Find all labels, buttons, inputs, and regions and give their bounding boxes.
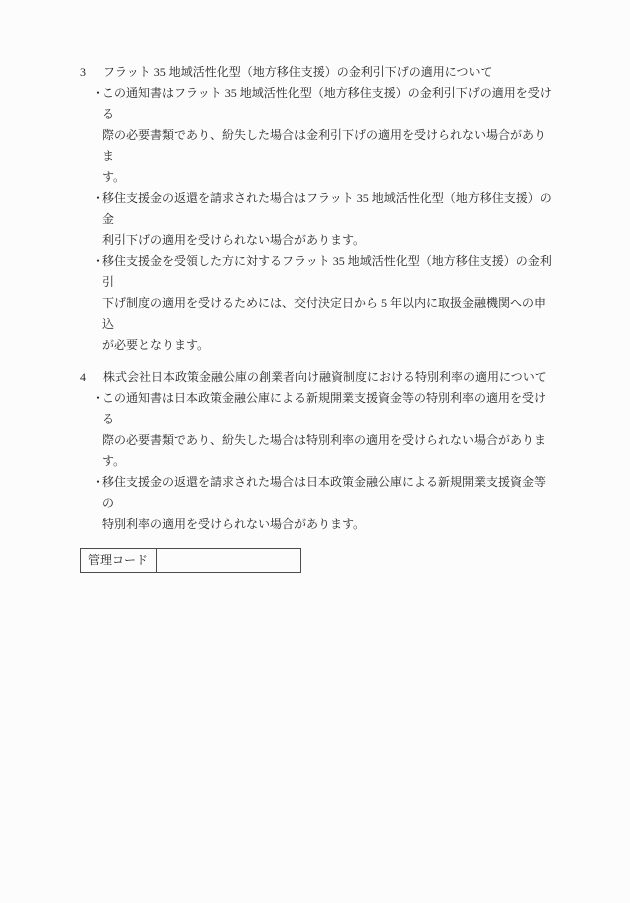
bullet-marker: ・: [92, 388, 102, 409]
bullet-marker: ・: [92, 472, 102, 493]
bullet-marker: ・: [92, 83, 102, 104]
section-4-heading: 4 株式会社日本政策金融公庫の創業者向け融資制度における特別利率の適用について: [80, 367, 553, 388]
management-code-table: 管理コード: [80, 548, 301, 573]
bullet-marker: ・: [92, 251, 102, 272]
section-4-title: 株式会社日本政策金融公庫の創業者向け融資制度における特別利率の適用について: [103, 367, 553, 388]
section-jfc: 4 株式会社日本政策金融公庫の創業者向け融資制度における特別利率の適用について …: [80, 367, 553, 535]
section-3-title: フラット 35 地域活性化型（地方移住支援）の金利引下げの適用について: [103, 62, 553, 83]
bullet-text: 移住支援金の返還を請求された場合は日本政策金融公庫による新規開業支援資金等の 特…: [102, 472, 553, 535]
bullet-text: この通知書はフラット 35 地域活性化型（地方移住支援）の金利引下げの適用を受け…: [102, 83, 553, 188]
section-3-number: 3: [80, 62, 103, 83]
bullet-item: ・ 移住支援金の返還を請求された場合はフラット 35 地域活性化型（地方移住支援…: [92, 188, 553, 251]
section-3-bullet-list: ・ この通知書はフラット 35 地域活性化型（地方移住支援）の金利引下げの適用を…: [80, 83, 553, 356]
bullet-marker: ・: [92, 188, 102, 209]
bullet-item: ・ この通知書は日本政策金融公庫による新規開業支援資金等の特別利率の適用を受ける…: [92, 388, 553, 472]
section-flat35: 3 フラット 35 地域活性化型（地方移住支援）の金利引下げの適用について ・ …: [80, 62, 553, 356]
management-code-value-cell: [157, 549, 300, 572]
document-content: 3 フラット 35 地域活性化型（地方移住支援）の金利引下げの適用について ・ …: [80, 62, 553, 573]
section-3-heading: 3 フラット 35 地域活性化型（地方移住支援）の金利引下げの適用について: [80, 62, 553, 83]
bullet-item: ・ 移住支援金を受領した方に対するフラット 35 地域活性化型（地方移住支援）の…: [92, 251, 553, 356]
bullet-text: 移住支援金の返還を請求された場合はフラット 35 地域活性化型（地方移住支援）の…: [102, 188, 553, 251]
bullet-text: この通知書は日本政策金融公庫による新規開業支援資金等の特別利率の適用を受ける 際…: [102, 388, 553, 472]
section-4-number: 4: [80, 367, 103, 388]
management-code-label: 管理コード: [88, 550, 148, 571]
bullet-text: 移住支援金を受領した方に対するフラット 35 地域活性化型（地方移住支援）の金利…: [102, 251, 553, 356]
section-4-bullet-list: ・ この通知書は日本政策金融公庫による新規開業支援資金等の特別利率の適用を受ける…: [80, 388, 553, 535]
management-code-label-cell: 管理コード: [81, 549, 157, 572]
bullet-item: ・ この通知書はフラット 35 地域活性化型（地方移住支援）の金利引下げの適用を…: [92, 83, 553, 188]
document-page: 3 フラット 35 地域活性化型（地方移住支援）の金利引下げの適用について ・ …: [0, 0, 630, 903]
bullet-item: ・ 移住支援金の返還を請求された場合は日本政策金融公庫による新規開業支援資金等の…: [92, 472, 553, 535]
